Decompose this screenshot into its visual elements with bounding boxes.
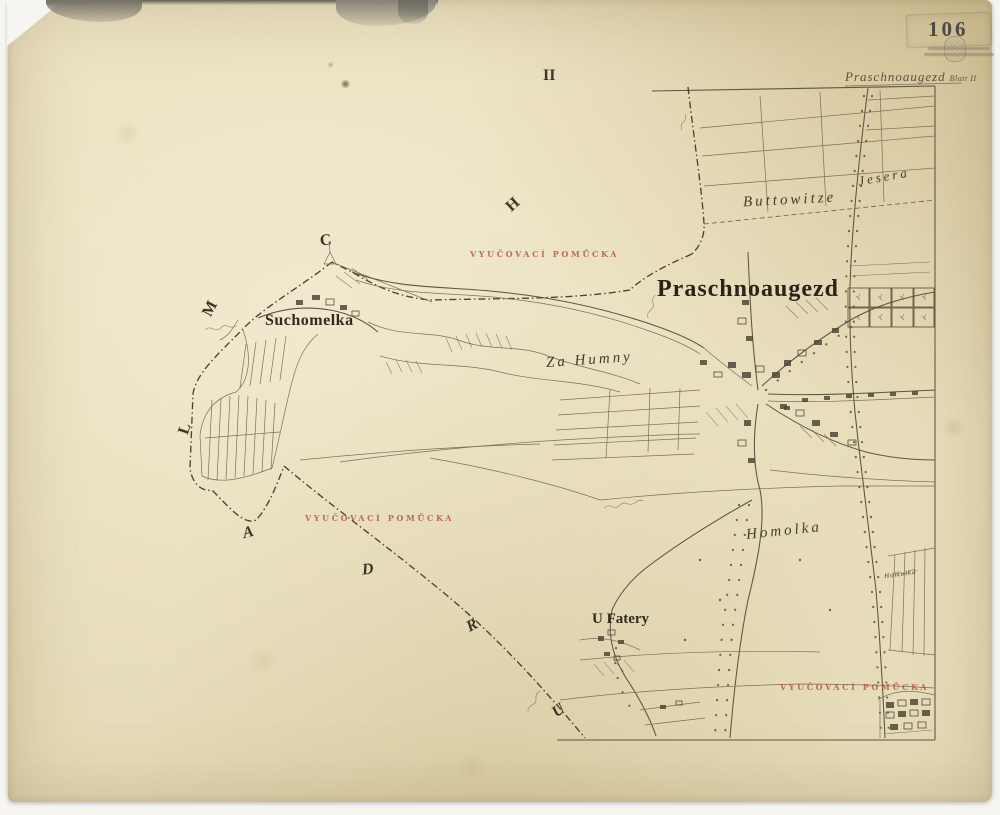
suchomelka-hamlet (220, 268, 378, 340)
village-praschnoaugezd (700, 252, 935, 738)
illegible-road-scripts (205, 114, 917, 713)
municipality-boundary (190, 87, 935, 738)
stamp-microtext-line (928, 47, 990, 50)
scanned-map-sheet: 106 Praschnoaugezd Blatt II II H C M L A… (0, 0, 1000, 815)
topright-fields (700, 90, 935, 212)
map-linework (0, 0, 1000, 815)
stamp-microtext-line (924, 53, 994, 56)
left-field-strips (200, 330, 318, 480)
tree-lined-roads (615, 88, 889, 738)
central-valley (300, 272, 704, 500)
